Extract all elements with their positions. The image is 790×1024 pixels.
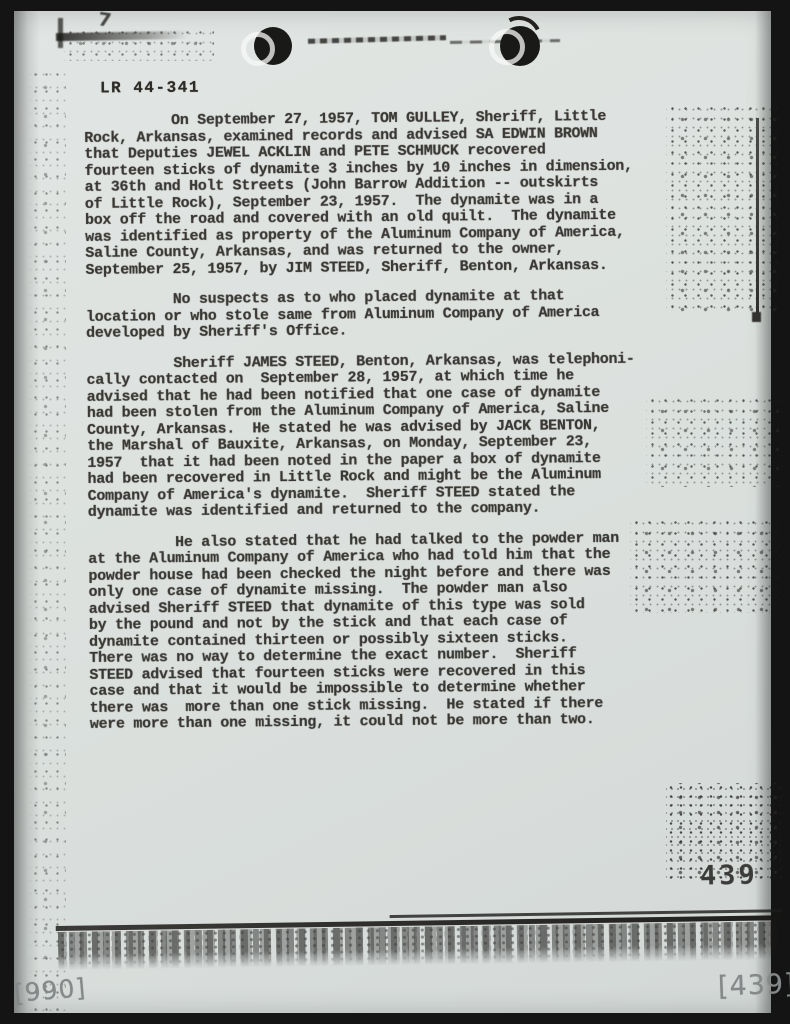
- scan-artifact-blob: [752, 312, 761, 322]
- file-number-label: LR 44-341: [100, 78, 200, 99]
- page-number-stamp: 439: [700, 861, 758, 890]
- scanned-document-page: 7 LR 44-341 On September 27, 1957, TOM G…: [0, 0, 790, 1024]
- scan-artifact-line: [756, 118, 759, 314]
- paragraph-1: On September 27, 1957, TOM GULLEY, Sheri…: [84, 108, 696, 279]
- hole-punch-left: [254, 27, 292, 65]
- hole-punch-ring: [241, 32, 275, 66]
- scan-backdrop: { "document": { "file_number": "LR 44-34…: [0, 0, 790, 1024]
- handwritten-number-right: [439]: [718, 972, 790, 1001]
- paragraph-4: He also stated that he had talked to the…: [88, 530, 700, 734]
- stray-ink-mark: 7: [97, 10, 113, 31]
- left-edge-noise: [30, 66, 66, 1011]
- document-body: On September 27, 1957, TOM GULLEY, Sheri…: [84, 108, 700, 747]
- photocopy-smudge-band: [56, 905, 783, 974]
- hole-punch-right: [500, 26, 540, 66]
- paragraph-3: Sheriff JAMES STEED, Benton, Arkansas, w…: [86, 351, 698, 522]
- paragraph-2: No suspects as to who placed dynamite at…: [86, 287, 696, 342]
- handwritten-number-left: [990]: [13, 975, 87, 1007]
- corner-smudge-vertical: [58, 18, 63, 48]
